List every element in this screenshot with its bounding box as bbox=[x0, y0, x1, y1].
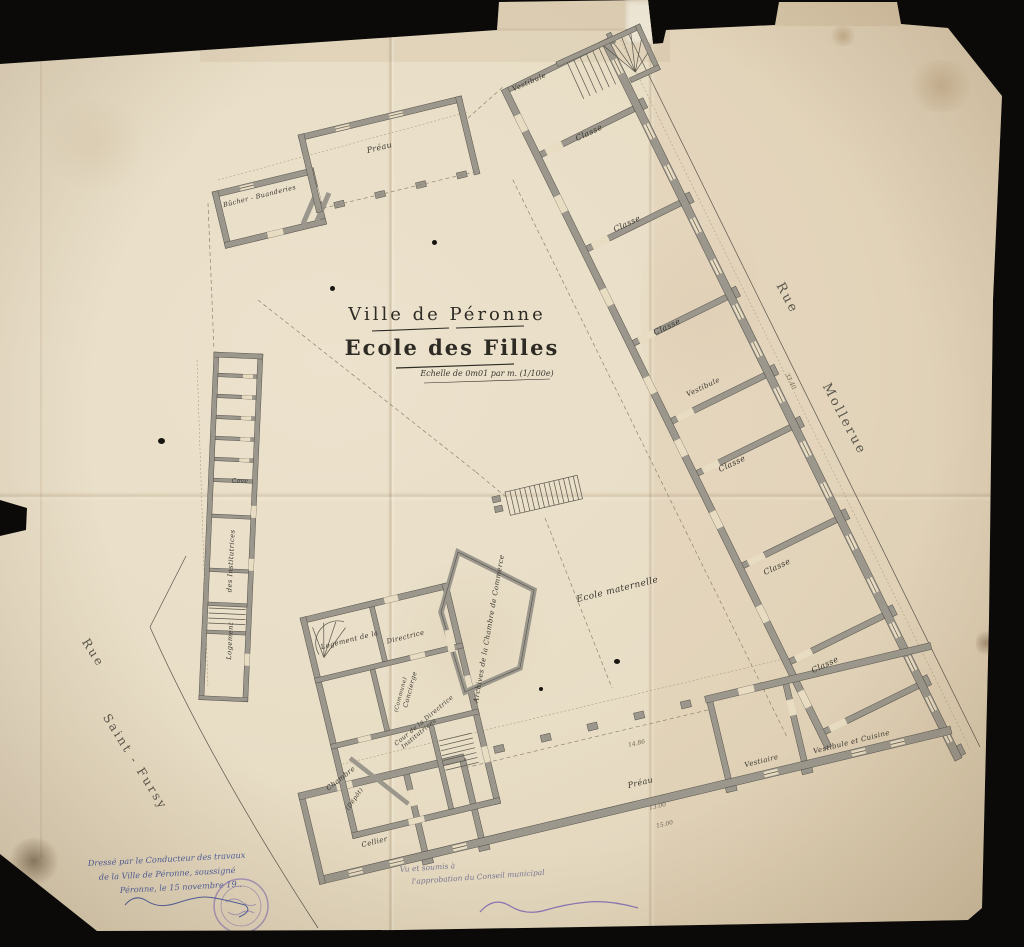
courtyard-stair bbox=[491, 475, 582, 518]
title-block: Ville de Péronne Ecole des Filles Echell… bbox=[345, 304, 560, 383]
room-label-ecole-maternelle: Ecole maternelle bbox=[575, 575, 660, 605]
scanned-plan-page: Ville de Péronne Ecole des Filles Echell… bbox=[0, 0, 1024, 947]
room-label-cave: Cave bbox=[232, 478, 249, 485]
room-label-classe-5: Classe bbox=[762, 557, 792, 577]
east-wing-walls bbox=[473, 32, 966, 823]
room-label-vestibule-centre: Vestibule bbox=[685, 376, 721, 399]
dim-1: 14.86 bbox=[628, 738, 646, 749]
floor-plan-drawing: Ville de Péronne Ecole des Filles Echell… bbox=[0, 0, 1024, 947]
plan-scale-note: Echelle de 0m01 par m. (1/100e) bbox=[419, 369, 553, 378]
corridor-wall bbox=[303, 196, 315, 224]
handwritten-line-3: Péronne, le 15 novembre 19.. bbox=[119, 879, 243, 895]
approval-annotations: Dressé par le Conducteur des travaux de … bbox=[87, 850, 638, 933]
room-label-cellier: Cellier bbox=[361, 835, 389, 849]
room-label-preau-nord: Préau bbox=[365, 140, 393, 155]
room-label-logement-directrice-2: Directrice bbox=[385, 628, 425, 645]
room-label-preau-sud: Préau bbox=[626, 775, 654, 790]
room-label-classe-3: Classe bbox=[652, 317, 682, 337]
paper-sheet: Ville de Péronne Ecole des Filles Echell… bbox=[0, 0, 1024, 947]
street-label-mollerue: Mollerue bbox=[819, 381, 870, 458]
plan-title: Ville de Péronne bbox=[347, 304, 545, 325]
street-label-rue-east: Rue bbox=[773, 280, 802, 316]
room-label-vestibule-nord: Vestibule bbox=[511, 71, 547, 93]
street-label-saint-fursy: Saint - Fursy bbox=[100, 711, 171, 812]
north-preau-walls bbox=[298, 96, 480, 213]
street-label-rue-south: Rue bbox=[79, 636, 107, 670]
room-label-classe-1: Classe bbox=[574, 123, 604, 143]
dim-street: 33.40 bbox=[783, 372, 797, 391]
room-label-institutrices: des Institutrices bbox=[225, 529, 236, 592]
room-label-logement: Logement bbox=[225, 622, 235, 661]
plan-subtitle: Ecole des Filles bbox=[345, 335, 560, 360]
room-label-vestiaire: Vestiaire bbox=[744, 753, 780, 769]
room-label-logement-directrice-1: Logement de la bbox=[319, 629, 379, 651]
signature-right bbox=[480, 902, 638, 913]
dim-3: 15.00 bbox=[656, 819, 674, 830]
